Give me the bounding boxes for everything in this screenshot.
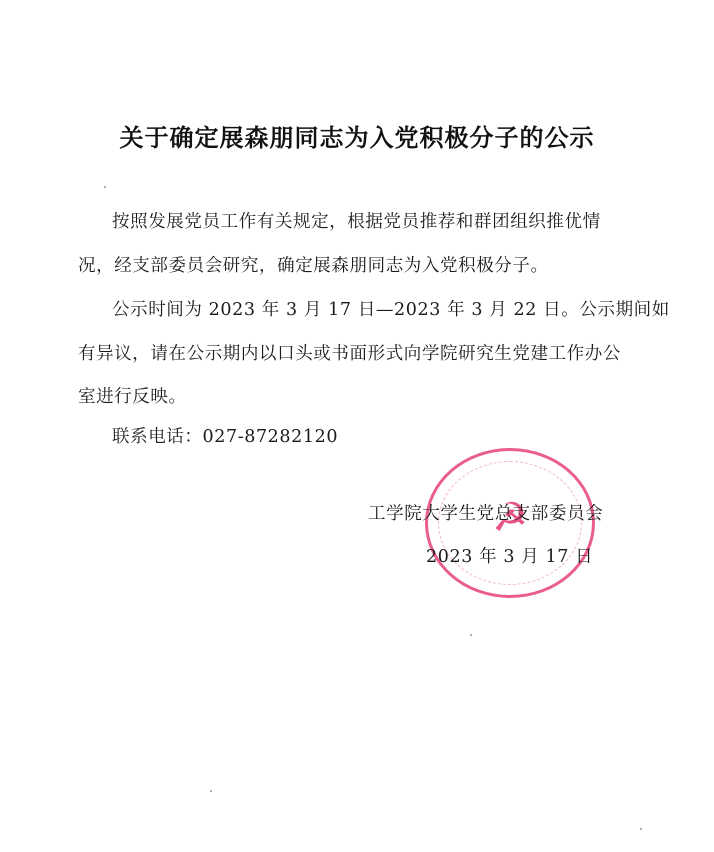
scan-speck [470, 634, 472, 636]
scan-speck [640, 828, 642, 830]
paragraph-1-line-1: 按照发展党员工作有关规定，根据党员推荐和群团组织推优情 [112, 208, 601, 233]
paragraph-2-line-3: 室进行反映。 [78, 383, 187, 408]
scan-speck [210, 790, 212, 792]
signing-organization: 工学院大学生党总支部委员会 [368, 500, 603, 525]
paragraph-2-line-1: 公示时间为 2023 年 3 月 17 日—2023 年 3 月 22 日。公示… [112, 296, 670, 321]
document-title: 关于确定展森朋同志为入党积极分子的公示 [0, 118, 714, 153]
signing-date: 2023 年 3 月 17 日 [426, 543, 593, 568]
contact-phone: 联系电话：027-87282120 [112, 423, 338, 448]
paragraph-1-line-2: 况，经支部委员会研究，确定展森朋同志为入党积极分子。 [78, 252, 549, 277]
scan-speck [104, 186, 106, 188]
paragraph-2-line-2: 有异议，请在公示期内以口头或书面形式向学院研究生党建工作办公 [78, 340, 621, 365]
